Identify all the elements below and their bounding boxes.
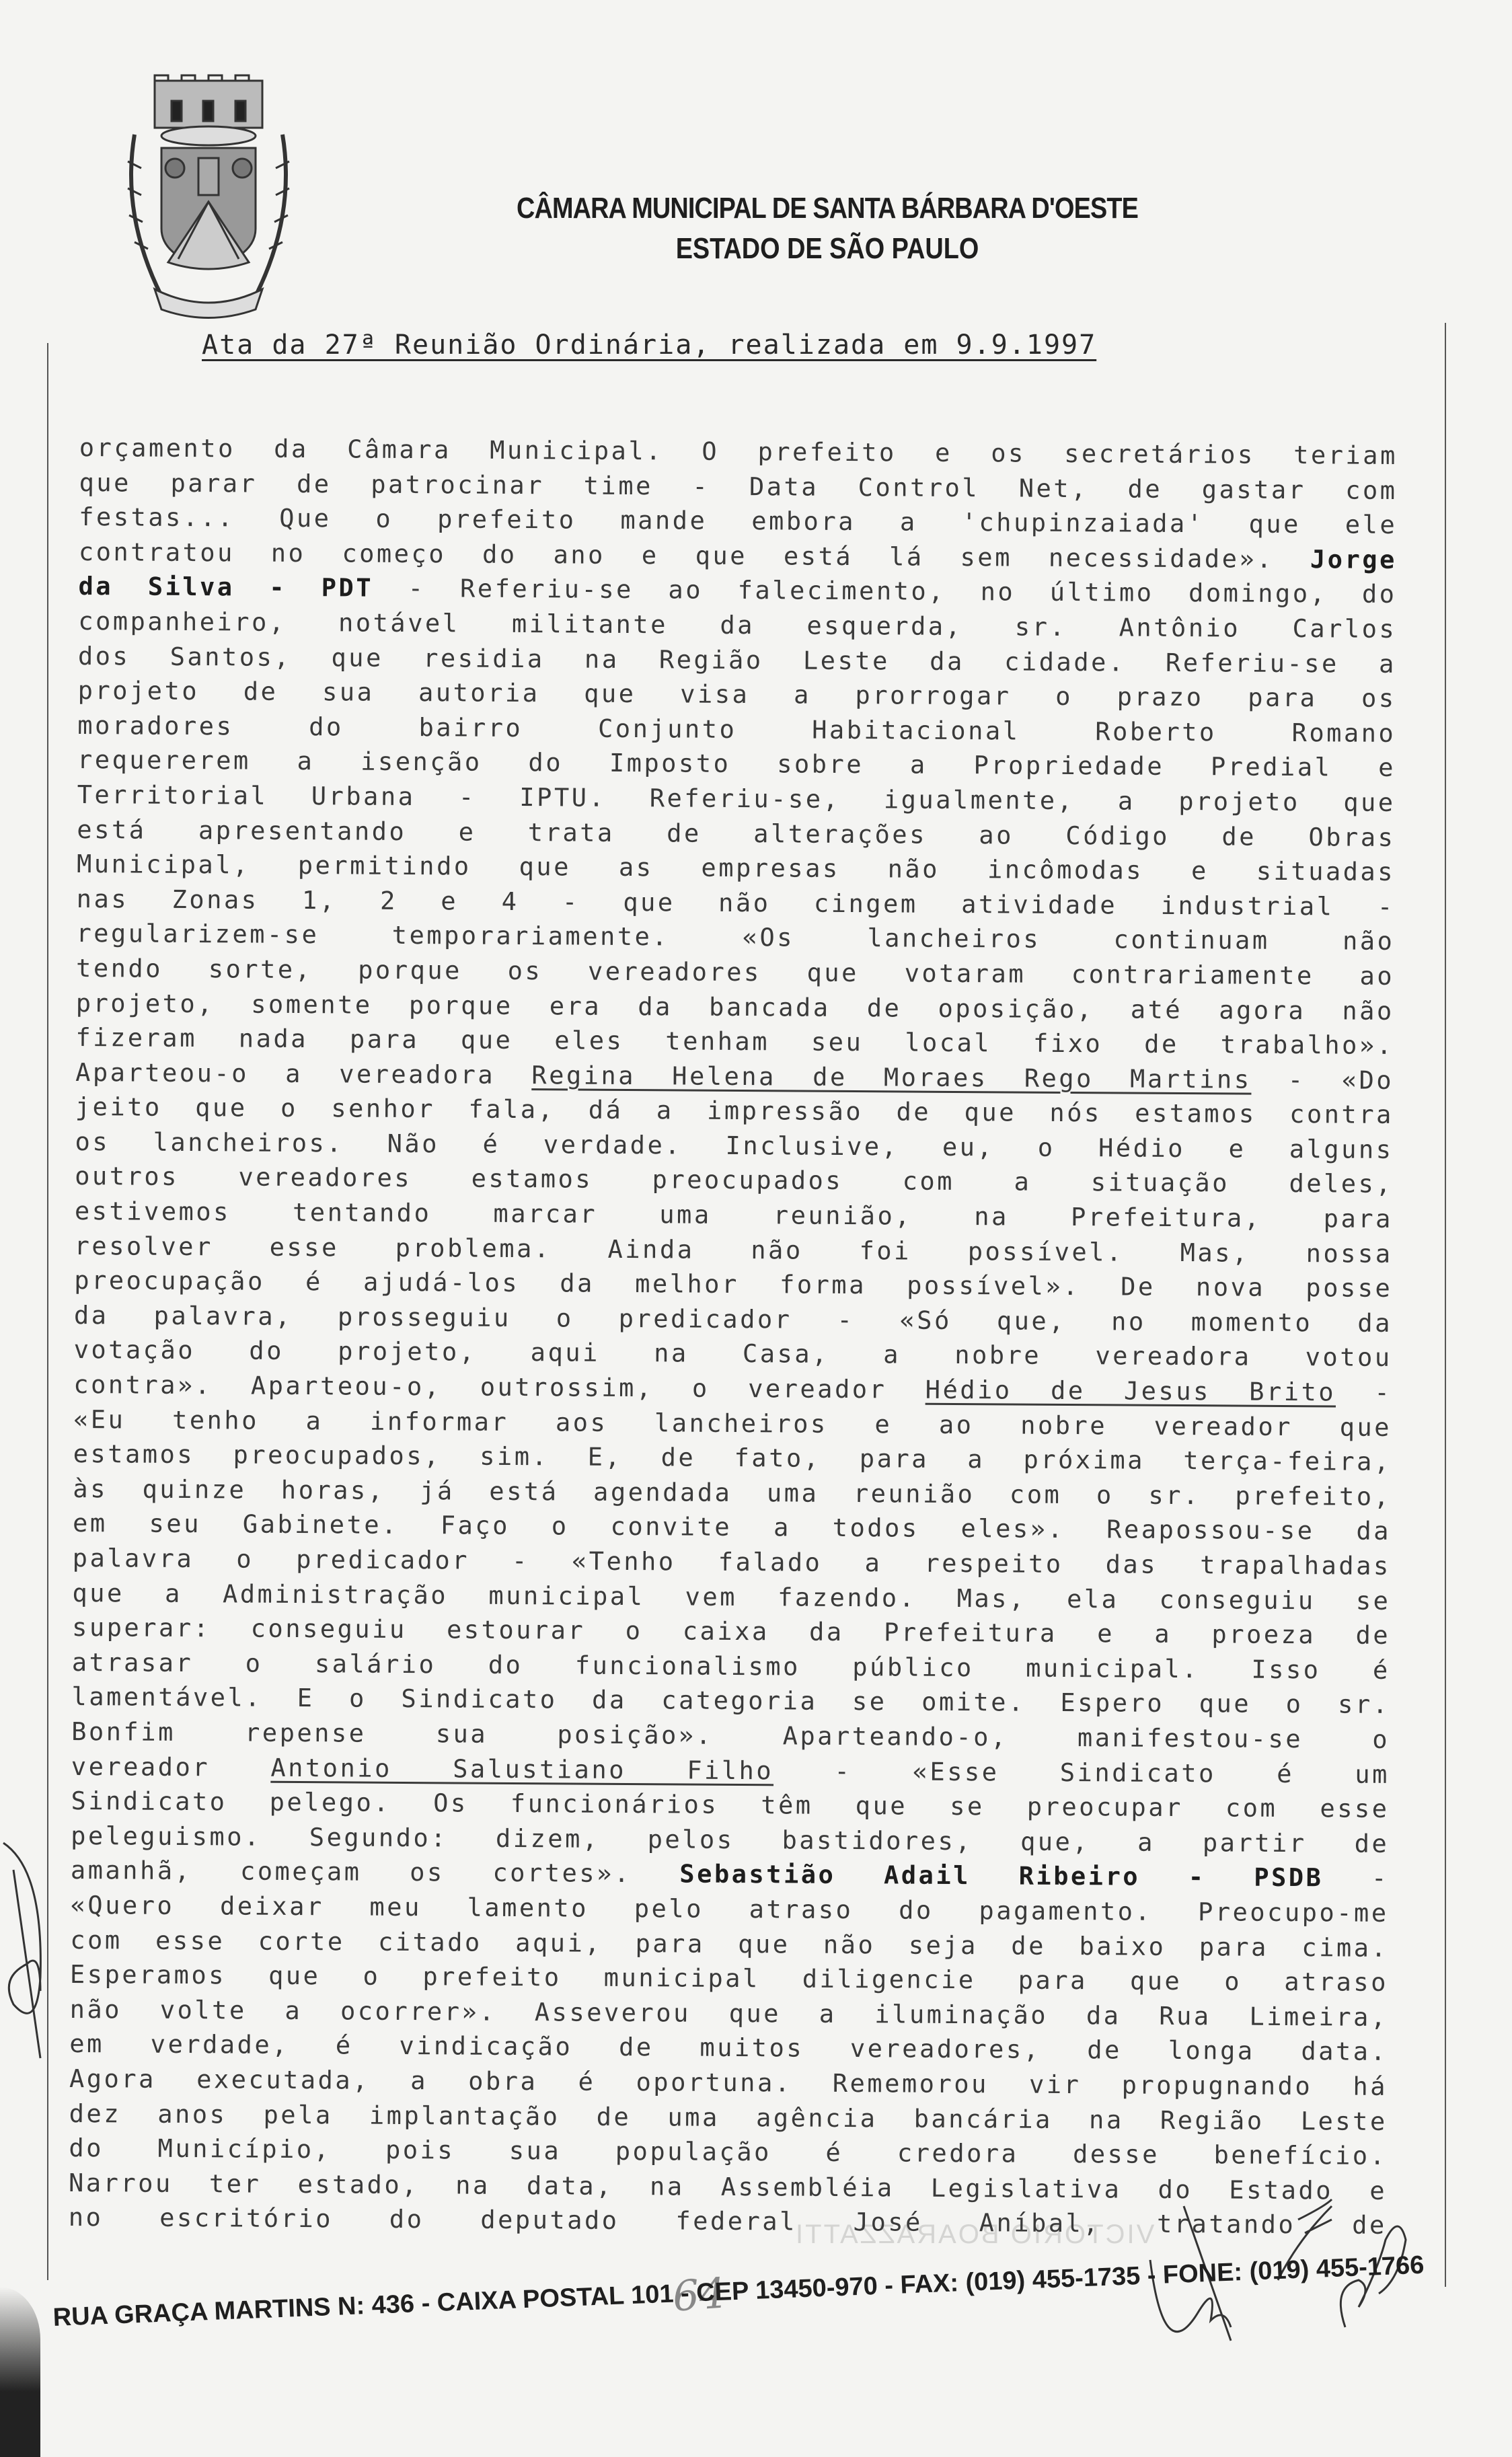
- letterhead: CÂMARA MUNICIPAL DE SANTA BÁRBARA D'OEST…: [390, 192, 1264, 266]
- coat-of-arms-icon: [108, 74, 309, 330]
- vereador-name: Antonio Salustiano Filho: [270, 1753, 773, 1785]
- state-name: ESTADO DE SÃO PAULO: [451, 232, 1203, 266]
- speaker-name: Sebastião Adail Ribeiro - PSDB: [679, 1860, 1323, 1893]
- document-title: Ata da 27ª Reunião Ordinária, realizada …: [202, 330, 1096, 361]
- text-line: no escritório do deputado federal José A…: [69, 2200, 1387, 2243]
- scan-edge-shadow: [0, 2287, 40, 2457]
- margin-rule-right: [1445, 323, 1446, 2287]
- vereador-name: Hédio de Jesus Brito: [925, 1375, 1336, 1407]
- vereador-name: Regina Helena de Moraes Rego Martins: [531, 1061, 1251, 1094]
- speaker-name: da Silva - PDT: [78, 572, 373, 603]
- margin-signature-icon: [0, 1816, 47, 2085]
- speaker-name: Jorge: [1310, 545, 1397, 574]
- minutes-body: orçamento da Câmara Municipal. O prefeit…: [69, 430, 1398, 2243]
- margin-rule-left: [47, 343, 48, 2280]
- institution-name: CÂMARA MUNICIPAL DE SANTA BÁRBARA D'OEST…: [451, 192, 1203, 225]
- footer-address: RUA GRAÇA MARTINS N: 436 - CAIXA POSTAL …: [52, 2251, 1425, 2333]
